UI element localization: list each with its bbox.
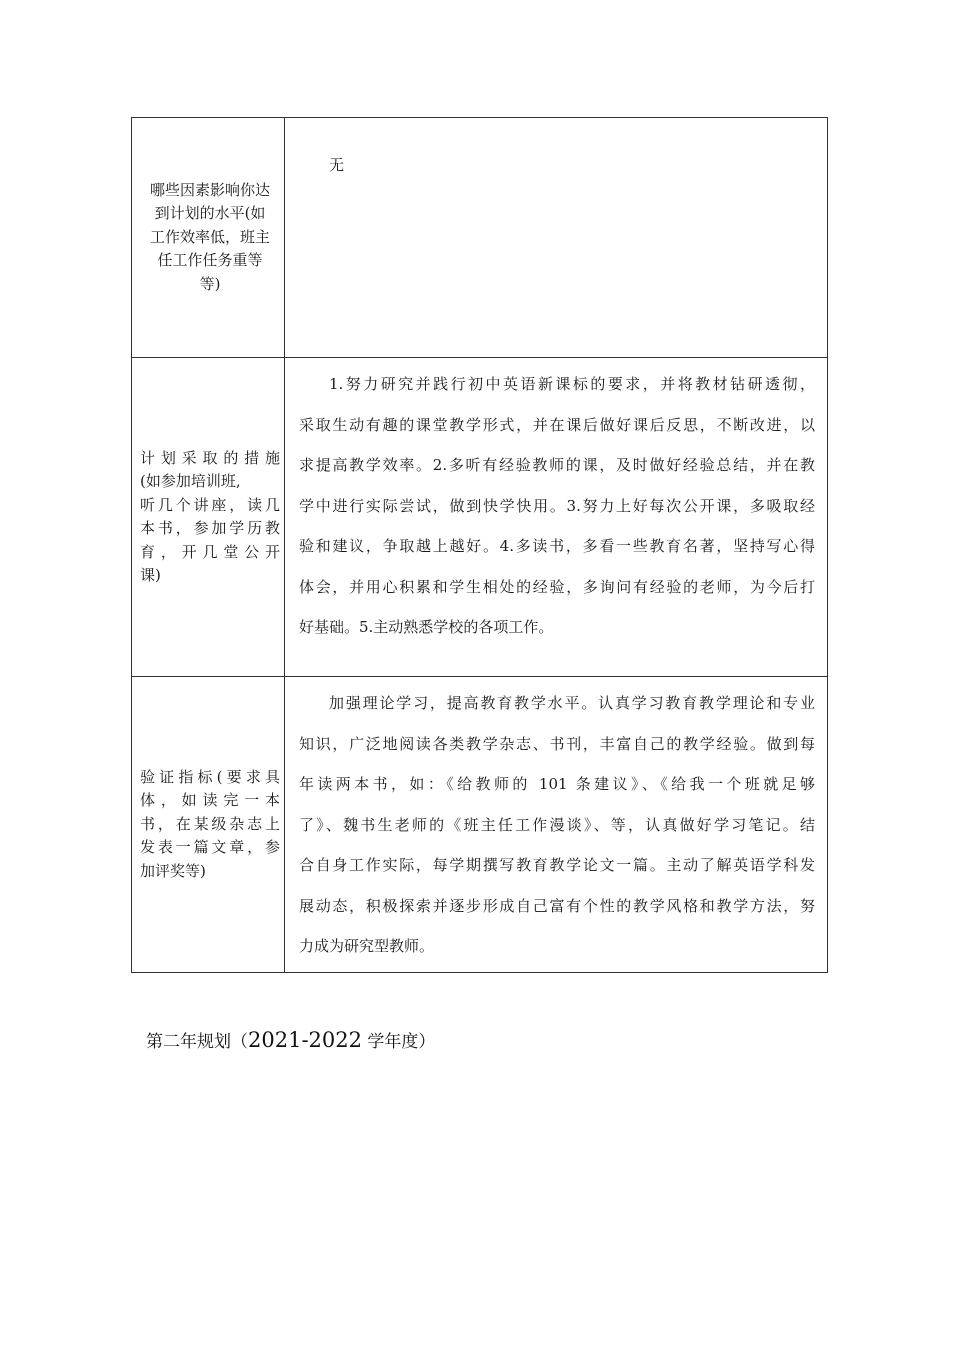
content-line: 1.努力研究并践行初中英语新课标的要求，并将教材钻研透彻， bbox=[299, 364, 815, 405]
label-line: 验证指标(要求具 bbox=[140, 766, 280, 790]
label-line: 育，开几堂公开 bbox=[140, 541, 280, 565]
row-label-cell: 哪些因素影响你达 到计划的水平(如 工作效率低，班主 任工作任务重等 等) bbox=[132, 118, 285, 357]
content-line: 采取生动有趣的课堂教学形式，并在课后做好课后反思，不断改进，以 bbox=[299, 405, 815, 446]
label-line: 工作效率低，班主 bbox=[140, 226, 280, 250]
label-line: 发表一篇文章，参 bbox=[140, 836, 280, 860]
content-line: 验和建议，争取越上越好。4.多读书，多看一些教育名著，坚持写心得 bbox=[299, 526, 815, 567]
heading-years: 2021-2022 bbox=[248, 1028, 362, 1052]
row-label: 验证指标(要求具 体，如读完一本 书，在某级杂志上 发表一篇文章，参 加评奖等) bbox=[140, 766, 280, 884]
table-row-influencing-factors: 哪些因素影响你达 到计划的水平(如 工作效率低，班主 任工作任务重等 等) 无 bbox=[132, 118, 827, 358]
label-line: (如参加培训班, bbox=[140, 470, 280, 494]
content-line: 体会，并用心积累和学生相处的经验，多询问有经验的老师，为今后打 bbox=[299, 567, 815, 608]
content-line: 学中进行实际尝试，做到快学快用。3.努力上好每次公开课，多吸取经 bbox=[299, 486, 815, 527]
plan-table: 哪些因素影响你达 到计划的水平(如 工作效率低，班主 任工作任务重等 等) 无 … bbox=[131, 117, 828, 973]
content-line: 知识，广泛地阅读各类教学杂志、书刊，丰富自己的教学经验。做到每 bbox=[299, 724, 815, 765]
content-line: 力成为研究型教师。 bbox=[299, 926, 815, 967]
content-line: 求提高教学效率。2.多听有经验教师的课，及时做好经验总结，并在教 bbox=[299, 445, 815, 486]
label-line: 课) bbox=[140, 564, 280, 588]
content-line: 了》、魏书生老师的《班主任工作漫谈》、等，认真做好学习笔记。结 bbox=[299, 805, 815, 846]
content-line: 合自身工作实际，每学期撰写教育教学论文一篇。主动了解英语学科发 bbox=[299, 845, 815, 886]
row-label: 哪些因素影响你达 到计划的水平(如 工作效率低，班主 任工作任务重等 等) bbox=[140, 179, 280, 297]
label-line: 等) bbox=[140, 273, 280, 297]
content-text: 无 bbox=[329, 156, 344, 174]
label-line: 体，如读完一本 bbox=[140, 789, 280, 813]
table-row-verification-indicators: 验证指标(要求具 体，如读完一本 书，在某级杂志上 发表一篇文章，参 加评奖等)… bbox=[132, 677, 827, 972]
heading-prefix: 第二年规划（ bbox=[146, 1032, 248, 1052]
row-label: 计划采取的措施 (如参加培训班, 听几个讲座，读几 本书，参加学历教 育，开几堂… bbox=[140, 447, 280, 588]
row-content-cell: 加强理论学习，提高教育教学水平。认真学习教育教学理论和专业 知识，广泛地阅读各类… bbox=[285, 677, 827, 972]
label-line: 听几个讲座，读几 bbox=[140, 494, 280, 518]
content-line: 年读两本书，如：《给教师的 101 条建议》、《给我一个班就足够 bbox=[299, 764, 815, 805]
row-content-cell: 1.努力研究并践行初中英语新课标的要求，并将教材钻研透彻， 采取生动有趣的课堂教… bbox=[285, 358, 827, 676]
label-line: 到计划的水平(如 bbox=[140, 202, 280, 226]
content-line: 展动态，积极探索并逐步形成自己富有个性的教学风格和教学方法，努 bbox=[299, 886, 815, 927]
row-label-cell: 计划采取的措施 (如参加培训班, 听几个讲座，读几 本书，参加学历教 育，开几堂… bbox=[132, 358, 285, 676]
section-heading: 第二年规划（2021-2022 学年度） bbox=[146, 1027, 435, 1052]
label-line: 任工作任务重等 bbox=[140, 249, 280, 273]
label-line: 计划采取的措施 bbox=[140, 447, 280, 471]
table-row-planned-measures: 计划采取的措施 (如参加培训班, 听几个讲座，读几 本书，参加学历教 育，开几堂… bbox=[132, 358, 827, 677]
content-line: 加强理论学习，提高教育教学水平。认真学习教育教学理论和专业 bbox=[299, 683, 815, 724]
label-line: 书，在某级杂志上 bbox=[140, 813, 280, 837]
row-label-cell: 验证指标(要求具 体，如读完一本 书，在某级杂志上 发表一篇文章，参 加评奖等) bbox=[132, 677, 285, 972]
content-line: 好基础。5.主动熟悉学校的各项工作。 bbox=[299, 607, 815, 648]
label-line: 哪些因素影响你达 bbox=[140, 179, 280, 203]
heading-suffix: 学年度） bbox=[362, 1032, 435, 1052]
row-content-cell: 无 bbox=[285, 118, 827, 357]
label-line: 加评奖等) bbox=[140, 860, 280, 884]
label-line: 本书，参加学历教 bbox=[140, 517, 280, 541]
